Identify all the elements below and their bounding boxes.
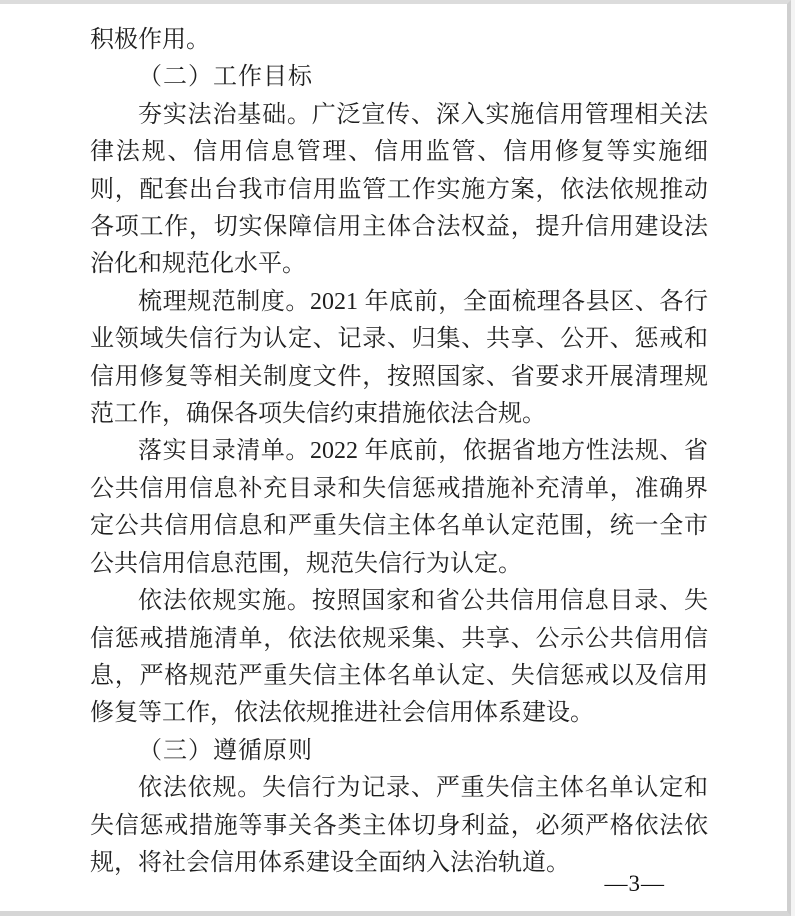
section-heading-work-goals: （二）工作目标 bbox=[90, 59, 708, 96]
paragraph-continuation: 积极作用。 bbox=[90, 22, 708, 59]
document-body: 积极作用。 （二）工作目标 夯实法治基础。广泛宣传、深入实施信用管理相关法律法规… bbox=[90, 22, 708, 882]
document-page: 积极作用。 （二）工作目标 夯实法治基础。广泛宣传、深入实施信用管理相关法律法规… bbox=[0, 0, 791, 916]
paragraph-legal-foundation: 夯实法治基础。广泛宣传、深入实施信用管理相关法律法规、信用信息管理、信用监管、信… bbox=[90, 97, 708, 284]
paragraph-implement-catalog-list: 落实目录清单。2022 年底前，依据省地方性法规、省公共信用信息补充目录和失信惩… bbox=[90, 433, 708, 583]
paragraph-standardize-systems: 梳理规范制度。2021 年底前，全面梳理各县区、各行业领域失信行为认定、记录、归… bbox=[90, 284, 708, 434]
paragraph-follow-law-principle: 依法依规。失信行为记录、严重失信主体名单认定和失信惩戒措施等事关各类主体切身利益… bbox=[90, 770, 708, 882]
section-heading-principles: （三）遵循原则 bbox=[90, 733, 708, 770]
page-number: —3— bbox=[605, 871, 666, 897]
paragraph-lawful-implementation: 依法依规实施。按照国家和省公共信用信息目录、失信惩戒措施清单，依法依规采集、共享… bbox=[90, 583, 708, 733]
